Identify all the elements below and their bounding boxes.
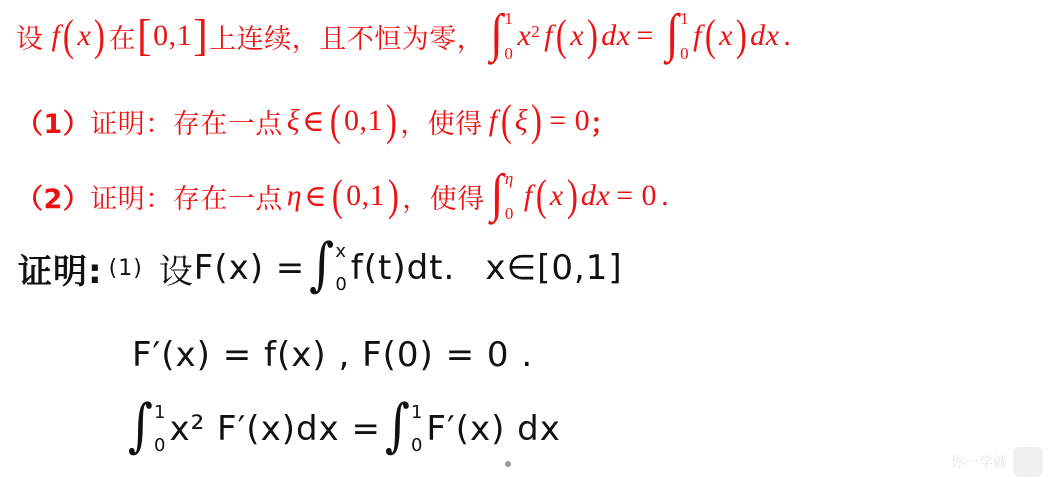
paren-open-3: ( [705, 14, 716, 58]
function-f-2: f [544, 19, 553, 53]
part-1-text-2: ，使得 [400, 102, 483, 141]
integral-sign-icon: ∫ [490, 7, 503, 60]
differential-dx-2: dx [750, 19, 779, 53]
bracket-close: ] [193, 14, 208, 58]
proof-line-3-rhs: F′(x) dx [426, 409, 560, 449]
interval: 0,1 [153, 19, 192, 53]
element-of: ∈ [304, 179, 327, 214]
paren-open: ( [63, 14, 74, 58]
paren-close: ) [94, 14, 105, 58]
part-2: （2） 证明：存在一点 η ∈ ( 0,1 ) ，使得 ∫ η 0 f ( x … [16, 168, 669, 224]
paren-open: ( [330, 99, 341, 143]
paren-close-2: ) [567, 174, 578, 218]
paren-close-2: ) [587, 14, 598, 58]
integral-sign-icon: ∫ [128, 397, 153, 455]
interval: 0,1 [344, 104, 383, 138]
integral-2-lower: 0 [680, 45, 689, 62]
pen-cursor-dot [505, 461, 511, 467]
x-squared-exp: 2 [531, 22, 540, 42]
proof-int-lower: 0 [335, 274, 346, 295]
proof-int-upper: x [335, 241, 346, 262]
variable-x: x [78, 19, 92, 53]
part-1-label: （1） [16, 102, 90, 141]
integral-sign-icon: ∫ [666, 7, 679, 60]
x-squared-base: x [517, 19, 531, 53]
proof-int1-lower: 0 [154, 435, 165, 456]
variable-x: x [550, 179, 564, 213]
part-1-end: ； [590, 102, 618, 141]
statement-period: . [783, 19, 791, 53]
proof-part: (1) [109, 256, 143, 281]
proof-int1-upper: 1 [154, 402, 165, 423]
problem-statement: 设 f ( x ) 在 [ 0,1 ] 上连续，且不恒为零， ∫ 1 0 x 2… [16, 8, 791, 64]
integral-lower: 0 [505, 205, 514, 222]
paren-close: ) [388, 174, 399, 218]
paren-close-3: ) [736, 14, 747, 58]
proof-lhs: F(x) = [194, 248, 306, 288]
variable-x-3: x [719, 19, 733, 53]
part-2-end: . [661, 179, 669, 213]
integral-1-lower: 0 [504, 45, 513, 62]
proof-integral-1: ∫ 1 0 [128, 402, 165, 456]
part-2-text-2: ，使得 [402, 177, 485, 216]
equals-sign: = [637, 19, 654, 53]
paren-close-2: ) [531, 99, 542, 143]
integral-sign-icon: ∫ [309, 236, 334, 294]
paren-open: ( [332, 174, 343, 218]
paren-open-2: ( [500, 99, 511, 143]
watermark-logo-icon [1013, 447, 1043, 477]
function-f: f [489, 104, 498, 138]
proof-integrand: f(t)dt. [351, 248, 456, 288]
element-of: ∈ [302, 104, 325, 139]
variable-x-2: x [570, 19, 584, 53]
proof-line-3: ∫ 1 0 x² F′(x)dx = ∫ 1 0 F′(x) dx [124, 398, 561, 460]
proof-domain: x∈[0,1] [485, 248, 622, 288]
paren-open-2: ( [536, 174, 547, 218]
paren-open-2: ( [556, 14, 567, 58]
watermark-text: 你一学就 [951, 452, 1007, 472]
proof-line-3-lhs: x² F′(x)dx = [169, 409, 380, 449]
watermark: 你一学就 [951, 446, 1061, 478]
part-2-label: （2） [16, 177, 90, 216]
integral-1: ∫ 1 0 [490, 10, 513, 62]
proof-set: 设 [159, 244, 194, 293]
statement-on: 在 [108, 17, 136, 56]
proof-line-2-text: F′(x) = f(x) , F(0) = 0 . [132, 335, 533, 375]
differential-dx: dx [581, 179, 610, 213]
paren-close: ) [386, 99, 397, 143]
proof-integral-2: ∫ 1 0 [385, 402, 422, 456]
proof-int2-lower: 0 [411, 435, 422, 456]
integral-sign-icon: ∫ [491, 167, 504, 220]
part-1-text: 证明：存在一点 [90, 102, 283, 141]
var-xi-2: ξ [515, 104, 528, 138]
proof-label: 证明: [18, 244, 103, 293]
integral-1-upper: 1 [504, 10, 513, 27]
proof-line-1: 证明: (1) 设 F(x) = ∫ x 0 f(t)dt. x∈[0,1] [18, 238, 623, 298]
proof-integral: ∫ x 0 [309, 241, 346, 295]
var-eta: η [287, 179, 302, 213]
integral-2: ∫ 1 0 [666, 10, 689, 62]
statement-prefix: 设 [16, 17, 44, 56]
integral: ∫ η 0 [491, 170, 514, 222]
bracket-open: [ [137, 14, 152, 58]
function-f-3: f [693, 19, 702, 53]
function-f: f [52, 19, 61, 53]
part-1: （1） 证明：存在一点 ξ ∈ ( 0,1 ) ，使得 f ( ξ ) = 0 … [16, 96, 618, 146]
differential-dx: dx [601, 19, 630, 53]
proof-int2-upper: 1 [411, 402, 422, 423]
function-f: f [524, 179, 533, 213]
part-2-result: = 0 [616, 179, 657, 213]
proof-line-2: F′(x) = f(x) , F(0) = 0 . [132, 330, 533, 380]
var-xi: ξ [287, 104, 300, 138]
statement-text: 上连续，且不恒为零， [209, 17, 484, 56]
integral-upper: η [505, 170, 514, 187]
part-2-text: 证明：存在一点 [90, 177, 283, 216]
integral-2-upper: 1 [680, 10, 689, 27]
integral-sign-icon: ∫ [385, 397, 410, 455]
part-1-result: = 0 [549, 104, 590, 138]
interval: 0,1 [346, 179, 385, 213]
